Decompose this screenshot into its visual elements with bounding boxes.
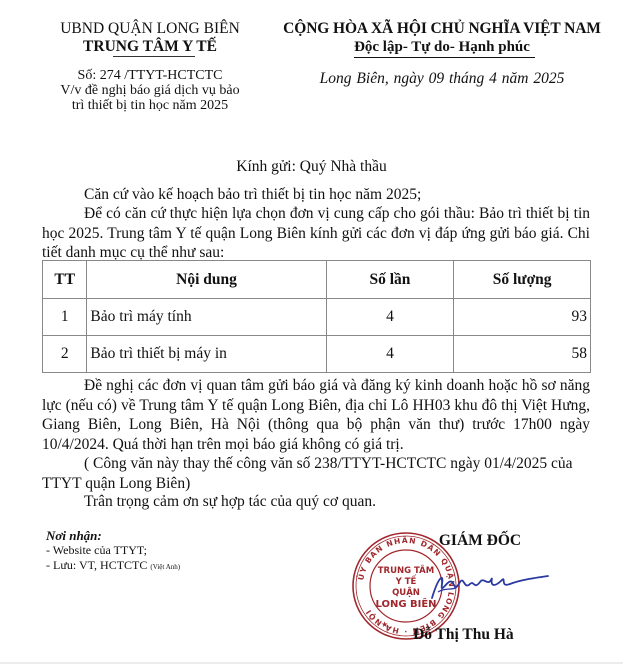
items-table: TT Nội dung Số lần Số lượng 1 Bảo trì má… [42, 260, 591, 373]
header-times: Số lần [326, 261, 454, 299]
signer-title: GIÁM ĐỐC [400, 532, 560, 550]
seal-line-3: QUẬN [392, 587, 420, 598]
national-title: CỘNG HÒA XÃ HỘI CHỦ NGHĨA VIỆT NAM [262, 20, 622, 38]
table-row: 2 Bảo trì thiết bị máy in 4 58 [43, 336, 591, 373]
place-and-date: Long Biên, ngày 09 tháng 4 năm 2025 [262, 70, 622, 88]
unit-name: TRUNG TÂM Y TẾ [83, 38, 217, 56]
recipient-item: - Lưu: VT, HCTCTC (Việt Anh) [46, 558, 180, 575]
recipients-title: Nơi nhận: [46, 528, 180, 543]
table-header-row: TT Nội dung Số lần Số lượng [43, 261, 591, 299]
paragraph-basis: Căn cứ vào kế hoạch bảo trì thiết bị tin… [42, 185, 590, 205]
header-quantity: Số lượng [454, 261, 591, 299]
cell-content: Bảo trì thiết bị máy in [87, 336, 326, 373]
basis-text: Căn cứ vào kế hoạch bảo trì thiết bị tin… [42, 185, 590, 205]
cell-tt: 1 [43, 299, 87, 336]
organization-name: UBND QUẬN LONG BIÊN [40, 20, 260, 38]
drafter-initials: (Việt Anh) [150, 563, 180, 571]
subject-line-2: trì thiết bị tin học năm 2025 [40, 98, 260, 113]
replacement-text: ( Công văn này thay thế công văn số 238/… [42, 454, 590, 493]
cell-content: Bảo trì máy tính [87, 299, 326, 336]
table-row: 1 Bảo trì máy tính 4 93 [43, 299, 591, 336]
cell-times: 4 [326, 299, 454, 336]
subject-line-1: V/v đề nghị báo giá dịch vụ bảo [40, 83, 260, 98]
document-page: UBND QUẬN LONG BIÊN TRUNG TÂM Y TẾ Số: 2… [0, 0, 623, 662]
header-tt: TT [43, 261, 87, 299]
handwritten-signature-icon [430, 568, 550, 604]
document-number: Số: 274 /TTYT-HCTCTC [40, 68, 260, 83]
intro-text: Để có căn cứ thực hiện lựa chọn đơn vị c… [42, 204, 590, 263]
recipients-block: Nơi nhận: - Website của TTYT; - Lưu: VT,… [46, 528, 180, 575]
thanks-text: Trân trọng cảm ơn sự hợp tác của quý cơ … [42, 492, 590, 512]
national-heading-block: CỘNG HÒA XÃ HỘI CHỦ NGHĨA VIỆT NAM Độc l… [262, 20, 622, 88]
signer-name: Đỗ Thị Thu Hà [413, 626, 514, 644]
recipient-item: - Website của TTYT; [46, 543, 180, 558]
seal-line-4: LONG BIÊN [375, 597, 436, 610]
request-text: Đề nghị các đơn vị quan tâm gửi báo giá … [42, 376, 590, 454]
issuing-authority-block: UBND QUẬN LONG BIÊN TRUNG TÂM Y TẾ Số: 2… [40, 20, 260, 113]
salutation: Kính gửi: Quý Nhà thầu [0, 158, 623, 176]
seal-line-1: TRUNG TÂM [378, 564, 434, 576]
paragraph-replacement: ( Công văn này thay thế công văn số 238/… [42, 454, 590, 493]
national-motto: Độc lập- Tự do- Hạnh phúc [354, 38, 530, 56]
cell-times: 4 [326, 336, 454, 373]
svg-text:★: ★ [381, 620, 388, 629]
paragraph-thanks: Trân trọng cảm ơn sự hợp tác của quý cơ … [42, 492, 590, 512]
cell-tt: 2 [43, 336, 87, 373]
cell-quantity: 58 [454, 336, 591, 373]
paragraph-request: Đề nghị các đơn vị quan tâm gửi báo giá … [42, 376, 590, 454]
paragraph-intro: Để có căn cứ thực hiện lựa chọn đơn vị c… [42, 204, 590, 263]
recipient-item-text: - Lưu: VT, HCTCTC [46, 558, 147, 572]
cell-quantity: 93 [454, 299, 591, 336]
header-content: Nội dung [87, 261, 326, 299]
